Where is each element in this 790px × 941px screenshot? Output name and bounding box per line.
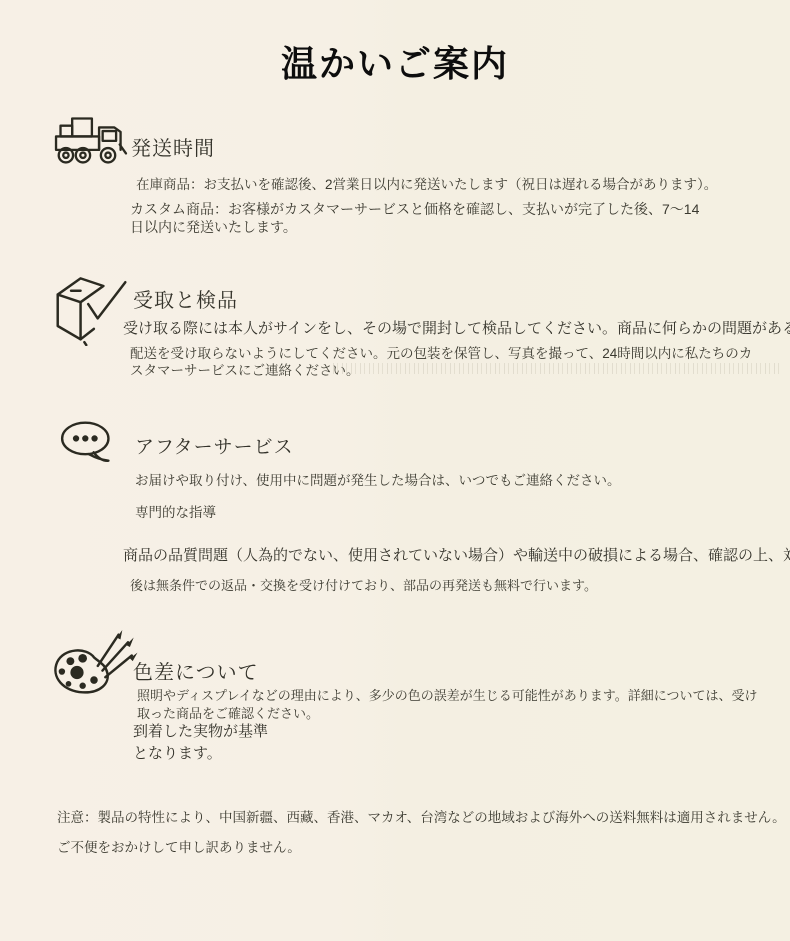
color-difference-text-line: となります。 [133,743,222,765]
faint-watermark [333,363,783,374]
after-service-text-line: 商品の品質問題（人為的でない、使用されていない場合）や輸送中の破損による場合、確… [123,545,790,567]
footer-note-regions: 注意：製品の特性により、中国新疆、西藏、香港、マカオ、台湾などの地域および海外へ… [57,806,786,826]
paint-palette-icon [50,630,138,698]
section-heading-inspection: 受取と検品 [133,284,238,313]
footer-note-apology: ご不便をおかけして申し訳ありません。 [57,836,301,856]
inspection-text-line: 受け取る際には本人がサインをし、その場で開封して検品してください。商品に何らかの… [123,318,790,340]
shipping-text-line: 在庫商品：お支払いを確認後、2営業日以内に発送いたします（祝日は遅れる場合があり… [136,175,717,195]
shipping-text-line: 日以内に発送いたします。 [130,217,297,237]
guidance-page: 温かいご案内 発送時間 在庫商品：お支払いを確認後、2営業日以内に発送いたします… [0,0,790,941]
section-heading-color-difference: 色差について [133,656,259,685]
open-box-icon [52,266,132,346]
inspection-text-line: スタマーサービスにご連絡ください。 [130,361,360,381]
color-difference-text: 照明やディスプレイなどの理由により、多少の色の誤差が生じる可能性があります。詳細… [137,687,769,722]
delivery-truck-icon [53,114,129,166]
section-heading-after-service: アフターサービス [135,432,294,459]
section-heading-shipping: 発送時間 [131,132,215,161]
speech-bubble-icon [58,419,120,469]
after-service-text-line: 専門的な指導 [135,503,216,523]
after-service-text-line: お届けや取り付け、使用中に問題が発生した場合は、いつでもご連絡ください。 [135,471,620,491]
after-service-text-line: 後は無条件での返品・交換を受け付けており、部品の再発送も無料で行います。 [130,577,597,596]
page-title: 温かいご案内 [0,36,790,87]
color-difference-text-line: 到着した実物が基準 [133,721,268,743]
